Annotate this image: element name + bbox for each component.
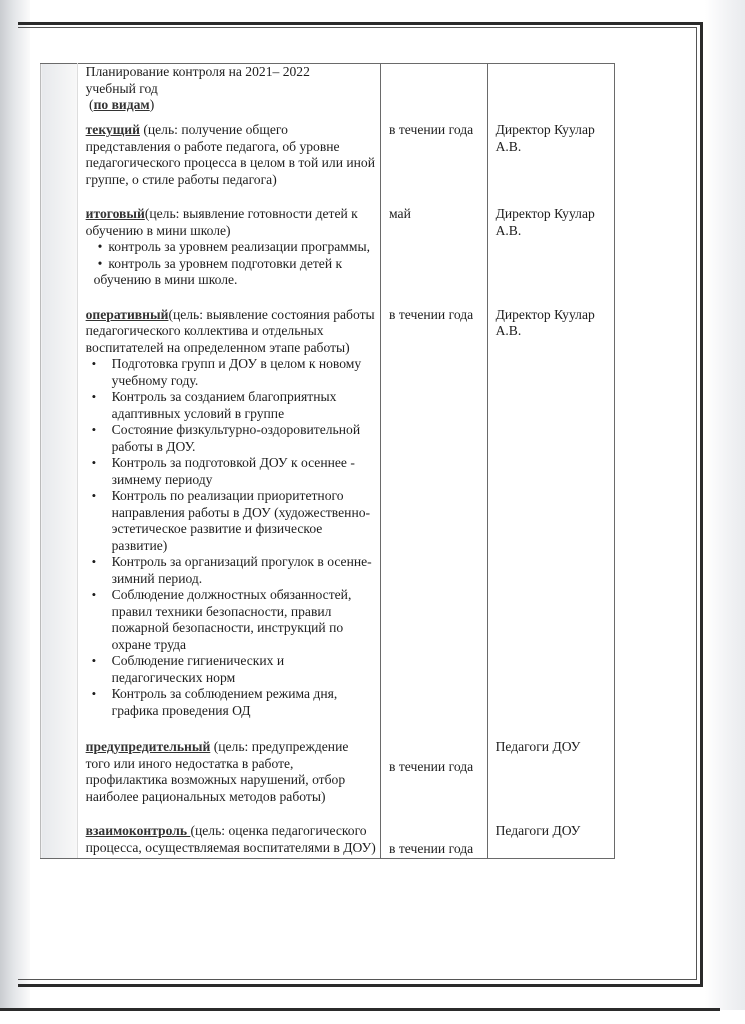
list-item: Состояние физкультурно-оздоровительной р… bbox=[86, 422, 376, 455]
responsible-text: Директор Куулар А.В. bbox=[496, 122, 595, 154]
responsible-cell: Директор Куулар А.В. bbox=[487, 307, 614, 740]
heading-subtitle-wrap: (по видам) bbox=[86, 97, 155, 112]
blank-column bbox=[41, 739, 78, 823]
control-type-cell: текущий (цель: получение общего представ… bbox=[77, 122, 380, 206]
control-type-name: текущий bbox=[86, 122, 140, 137]
scan-edge-shadow-right bbox=[705, 0, 745, 1010]
control-type-name: оперативный bbox=[86, 307, 169, 322]
period-text: в течении года bbox=[389, 759, 473, 774]
table-row-heading: Планирование контроля на 2021– 2022 учеб… bbox=[41, 64, 615, 123]
period-cell: в течении года bbox=[381, 823, 488, 859]
responsible-text: Педагоги ДОУ bbox=[496, 739, 581, 754]
table-row: предупредительный (цель: предупреждение … bbox=[41, 739, 615, 823]
control-type-cell: итоговый(цель: выявление готовности дете… bbox=[77, 206, 380, 307]
list-item: Подготовка групп и ДОУ в целом к новому … bbox=[86, 356, 376, 389]
period-cell: в течении года bbox=[381, 739, 488, 823]
control-type-cell: взаимоконтроль (цель: оценка педагогичес… bbox=[77, 823, 380, 859]
heading-line-1: Планирование контроля на 2021– 2022 bbox=[86, 64, 376, 81]
period-text: в течении года bbox=[389, 841, 473, 856]
control-type-cell: предупредительный (цель: предупреждение … bbox=[77, 739, 380, 823]
period-cell: в течении года bbox=[381, 122, 488, 206]
paren-close: ) bbox=[150, 97, 155, 112]
list-item-text: контроль за уровнем подготовки детей к о… bbox=[94, 256, 342, 288]
responsible-cell: Директор Куулар А.В. bbox=[487, 206, 614, 307]
period-cell bbox=[381, 64, 488, 123]
control-type-name: предупредительный bbox=[86, 739, 211, 754]
responsible-cell: Педагоги ДОУ bbox=[487, 823, 614, 859]
control-items-list: Подготовка групп и ДОУ в целом к новому … bbox=[86, 356, 376, 719]
period-cell: в течении года bbox=[381, 307, 488, 740]
list-item: Контроль по реализации приоритетного нап… bbox=[86, 488, 376, 554]
table-row: оперативный(цель: выявление состояния ра… bbox=[41, 307, 615, 740]
responsible-text: Директор Куулар А.В. bbox=[496, 307, 595, 339]
blank-column bbox=[41, 206, 78, 307]
blank-column bbox=[41, 823, 78, 859]
list-item: Соблюдение должностных обязанностей, пра… bbox=[86, 587, 376, 653]
responsible-cell: Педагоги ДОУ bbox=[487, 739, 614, 823]
responsible-text: Директор Куулар А.В. bbox=[496, 206, 595, 238]
bullet-icon: • bbox=[98, 239, 103, 254]
page-bottom-edge bbox=[0, 1008, 720, 1011]
responsible-text: Педагоги ДОУ bbox=[496, 823, 581, 838]
period-text: в течении года bbox=[389, 307, 473, 322]
table-row: текущий (цель: получение общего представ… bbox=[41, 122, 615, 206]
list-item: •контроль за уровнем реализации программ… bbox=[86, 239, 376, 256]
list-item-text: контроль за уровнем реализации программы… bbox=[108, 239, 370, 254]
control-type-name: взаимоконтроль bbox=[86, 823, 191, 838]
list-item: •контроль за уровнем подготовки детей к … bbox=[86, 256, 376, 289]
heading-cell: Планирование контроля на 2021– 2022 учеб… bbox=[77, 64, 380, 123]
bullet-icon: • bbox=[98, 256, 103, 271]
control-plan-table: Планирование контроля на 2021– 2022 учеб… bbox=[40, 63, 615, 859]
responsible-cell bbox=[487, 64, 614, 123]
list-item: Контроль за подготовкой ДОУ к осеннее - … bbox=[86, 455, 376, 488]
control-items-list: •контроль за уровнем реализации программ… bbox=[86, 239, 376, 289]
heading-subtitle: по видам bbox=[94, 97, 150, 112]
list-item: Контроль за соблюдением режима дня, граф… bbox=[86, 686, 376, 719]
period-text: в течении года bbox=[389, 122, 473, 137]
period-text: май bbox=[389, 206, 411, 221]
control-type-cell: оперативный(цель: выявление состояния ра… bbox=[77, 307, 380, 740]
blank-column bbox=[41, 122, 78, 206]
period-cell: май bbox=[381, 206, 488, 307]
responsible-cell: Директор Куулар А.В. bbox=[487, 122, 614, 206]
heading-line-2: учебный год bbox=[86, 81, 376, 98]
list-item: Контроль за созданием благоприятных адап… bbox=[86, 389, 376, 422]
blank-column bbox=[41, 307, 78, 740]
list-item: Контроль за организаций прогулок в осенн… bbox=[86, 554, 376, 587]
control-type-name: итоговый bbox=[86, 206, 145, 221]
table-row: взаимоконтроль (цель: оценка педагогичес… bbox=[41, 823, 615, 859]
blank-column bbox=[41, 64, 78, 123]
list-item: Соблюдение гигиенических и педагогически… bbox=[86, 653, 376, 686]
table-row: итоговый(цель: выявление готовности дете… bbox=[41, 206, 615, 307]
